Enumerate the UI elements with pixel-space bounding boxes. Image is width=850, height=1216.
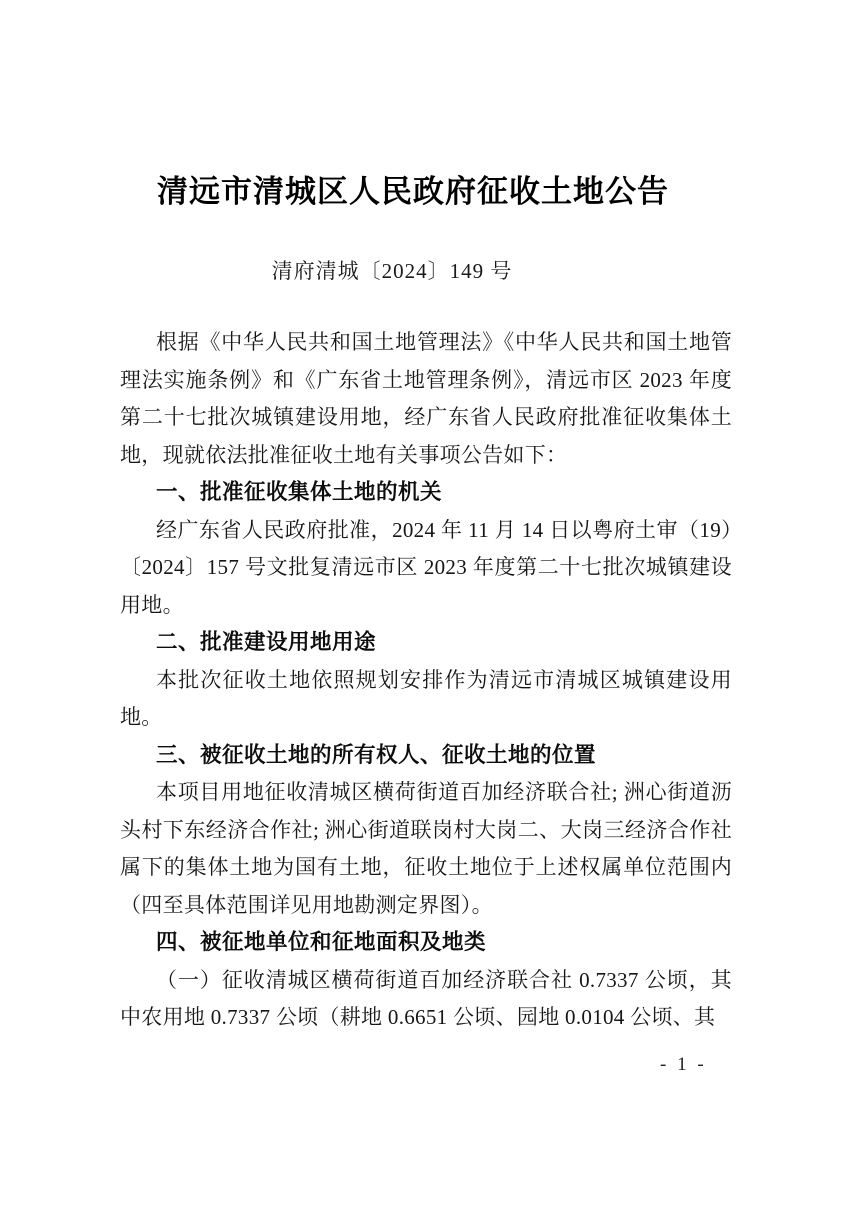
paragraph: 本项目用地征收清城区横荷街道百加经济联合社; 洲心街道沥头村下东经济合作社; 洲… — [120, 774, 732, 924]
page-number: - 1 - — [660, 1054, 707, 1076]
document-page: 清远市清城区人民政府征收土地公告 清府清城〔2024〕149 号 根据《中华人民… — [0, 0, 850, 1216]
paragraph: 经广东省人民政府批准，2024 年 11 月 14 日以粤府土审（19）〔202… — [120, 512, 732, 625]
paragraph: 本批次征收土地依照规划安排作为清远市清城区城镇建设用地。 — [120, 662, 732, 737]
document-body: 根据《中华人民共和国土地管理法》《中华人民共和国土地管理法实施条例》和《广东省土… — [120, 324, 732, 1037]
section-heading: 三、被征收土地的所有权人、征收土地的位置 — [120, 737, 732, 775]
document-number: 清府清城〔2024〕149 号 — [0, 258, 817, 284]
paragraph: （一）征收清城区横荷街道百加经济联合社 0.7337 公顷，其中农用地 0.73… — [120, 962, 732, 1037]
section-heading: 四、被征地单位和征地面积及地类 — [120, 924, 732, 962]
document-title: 清远市清城区人民政府征收土地公告 — [0, 0, 838, 210]
section-heading: 二、批准建设用地用途 — [120, 624, 732, 662]
paragraph: 根据《中华人民共和国土地管理法》《中华人民共和国土地管理法实施条例》和《广东省土… — [120, 324, 732, 474]
section-heading: 一、批准征收集体土地的机关 — [120, 474, 732, 512]
